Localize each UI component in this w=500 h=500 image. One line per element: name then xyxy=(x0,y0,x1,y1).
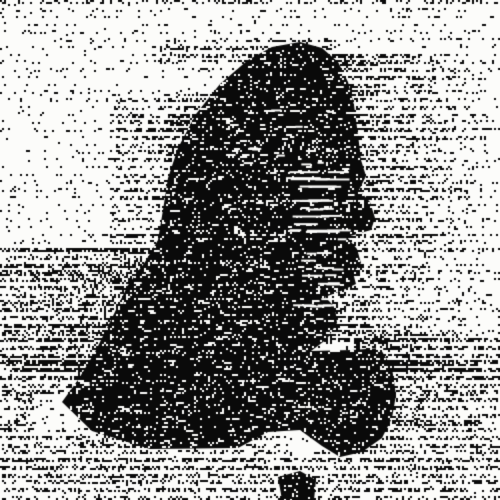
halftone-portrait xyxy=(0,0,500,500)
portrait-canvas xyxy=(0,0,500,500)
